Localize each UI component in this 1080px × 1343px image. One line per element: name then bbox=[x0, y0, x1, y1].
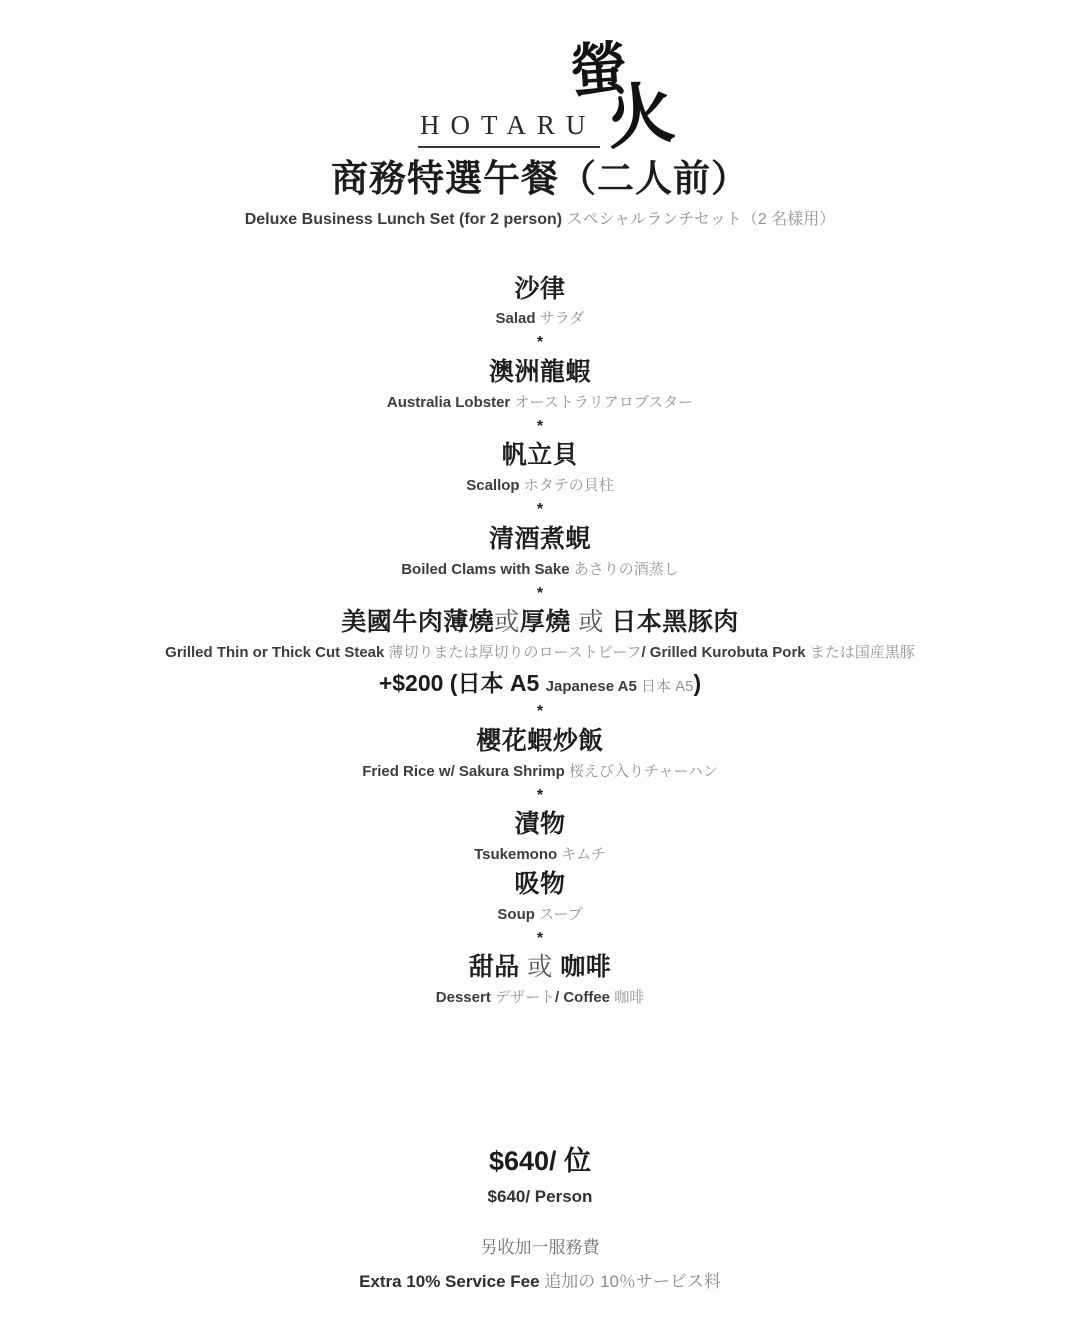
course-separator: * bbox=[0, 418, 1080, 436]
text-segment: Boiled Clams with Sake bbox=[401, 561, 574, 578]
text-segment: 沙律 bbox=[514, 275, 565, 303]
course-separator: * bbox=[0, 501, 1080, 519]
course-subtitle: Grilled Thin or Thick Cut Steak 薄切りまたは厚切… bbox=[0, 644, 1080, 662]
text-segment: 美國牛肉薄燒 bbox=[341, 608, 494, 636]
course-name: 吸物 bbox=[0, 870, 1080, 899]
text-segment: Japanese A5 bbox=[546, 678, 641, 695]
text-segment: 追加の 10％サービス料 bbox=[544, 1272, 721, 1291]
text-segment: 或 bbox=[494, 608, 520, 636]
text-segment: 櫻花蝦炒飯 bbox=[476, 727, 604, 755]
course-subtitle: Soup スープ bbox=[0, 906, 1080, 924]
text-segment: 日本黑豚肉 bbox=[611, 608, 739, 636]
service-fee-note: 另收加一服務費 Extra 10% Service Fee 追加の 10％サービ… bbox=[0, 1233, 1080, 1292]
text-segment: Deluxe Business Lunch Set (for 2 person) bbox=[245, 211, 567, 228]
course-name: 帆立貝 bbox=[0, 441, 1080, 470]
course-subtitle: Salad サラダ bbox=[0, 310, 1080, 328]
logo-calligraphy-bottom-character: 火 bbox=[602, 78, 678, 154]
price-main: $640/ 位 bbox=[0, 1139, 1080, 1178]
text-segment: オーストラリアロブスター bbox=[514, 394, 693, 411]
text-segment: 桜えび入りチャーハン bbox=[569, 763, 718, 780]
menu-page: HOTARU 螢 火 商務特選午餐（二人前） Deluxe Business L… bbox=[0, 0, 1080, 1292]
text-segment: +$200 (日本 A5 bbox=[379, 670, 546, 696]
text-segment: 日本 A5 bbox=[641, 678, 694, 695]
course-item: 美國牛肉薄燒或厚燒 或 日本黑豚肉Grilled Thin or Thick C… bbox=[0, 608, 1080, 697]
text-segment: Soup bbox=[497, 906, 539, 923]
course-separator: * bbox=[0, 703, 1080, 721]
course-subtitle: Fried Rice w/ Sakura Shrimp 桜えび入りチャーハン bbox=[0, 763, 1080, 781]
course-item: 櫻花蝦炒飯Fried Rice w/ Sakura Shrimp 桜えび入りチャ… bbox=[0, 727, 1080, 781]
text-segment: 薄切りまたは厚切りのローストビーフ bbox=[389, 644, 642, 661]
course-name: 美國牛肉薄燒或厚燒 或 日本黑豚肉 bbox=[0, 608, 1080, 637]
text-segment: 清酒煮蜆 bbox=[489, 525, 591, 553]
restaurant-logo: HOTARU 螢 火 bbox=[400, 38, 680, 156]
service-fee-note-zh: 另收加一服務費 bbox=[0, 1233, 1080, 1258]
text-segment: サラダ bbox=[540, 310, 585, 327]
text-segment: Fried Rice w/ Sakura Shrimp bbox=[362, 763, 569, 780]
course-name: 漬物 bbox=[0, 810, 1080, 839]
text-segment: 漬物 bbox=[514, 810, 565, 838]
text-segment: / Grilled Kurobuta Pork bbox=[641, 644, 809, 661]
course-separator: * bbox=[0, 930, 1080, 948]
course-name: 清酒煮蜆 bbox=[0, 525, 1080, 554]
text-segment: 甜品 bbox=[469, 953, 520, 981]
text-segment: Grilled Thin or Thick Cut Steak bbox=[165, 644, 388, 661]
text-segment: ) bbox=[694, 670, 702, 696]
text-segment: Australia Lobster bbox=[387, 394, 515, 411]
course-item: 帆立貝Scallop ホタテの貝柱 bbox=[0, 441, 1080, 495]
text-segment: Salad bbox=[495, 310, 539, 327]
text-segment: 或 bbox=[571, 608, 611, 636]
course-subtitle: Dessert デザート/ Coffee 咖啡 bbox=[0, 989, 1080, 1007]
course-subtitle: Australia Lobster オーストラリアロブスター bbox=[0, 394, 1080, 412]
price-sub: $640/ Person bbox=[0, 1187, 1080, 1207]
course-list: 沙律Salad サラダ*澳洲龍蝦Australia Lobster オーストラリ… bbox=[0, 275, 1080, 1008]
course-name: 沙律 bbox=[0, 275, 1080, 304]
course-name: 甜品 或 咖啡 bbox=[0, 953, 1080, 982]
text-segment: 澳洲龍蝦 bbox=[489, 358, 591, 386]
text-segment: デザート bbox=[495, 989, 555, 1006]
menu-subtitle: Deluxe Business Lunch Set (for 2 person)… bbox=[0, 210, 1080, 229]
text-segment: 或 bbox=[520, 953, 560, 981]
course-name: 澳洲龍蝦 bbox=[0, 358, 1080, 387]
course-item: 漬物Tsukemono キムチ bbox=[0, 810, 1080, 864]
text-segment: ホタテの貝柱 bbox=[524, 477, 614, 494]
course-subtitle: Scallop ホタテの貝柱 bbox=[0, 477, 1080, 495]
text-segment: キムチ bbox=[561, 846, 606, 863]
course-item: 吸物Soup スープ bbox=[0, 870, 1080, 924]
text-segment: あさりの酒蒸し bbox=[574, 561, 679, 578]
text-segment: Dessert bbox=[436, 989, 495, 1006]
course-surcharge: +$200 (日本 A5 Japanese A5 日本 A5) bbox=[0, 670, 1080, 698]
text-segment: 咖啡 bbox=[614, 989, 644, 1006]
text-segment: 帆立貝 bbox=[502, 441, 579, 469]
text-segment: Scallop bbox=[466, 477, 524, 494]
text-segment: または国産黒豚 bbox=[810, 644, 915, 661]
course-item: 清酒煮蜆Boiled Clams with Sake あさりの酒蒸し bbox=[0, 525, 1080, 579]
text-segment: 厚燒 bbox=[520, 608, 571, 636]
text-segment: 咖啡 bbox=[560, 953, 611, 981]
text-segment: スペシャルランチセット（2 名樣用） bbox=[567, 211, 836, 228]
course-item: 澳洲龍蝦Australia Lobster オーストラリアロブスター bbox=[0, 358, 1080, 412]
course-item: 甜品 或 咖啡Dessert デザート/ Coffee 咖啡 bbox=[0, 953, 1080, 1007]
text-segment: スープ bbox=[539, 906, 583, 923]
menu-title: 商務特選午餐（二人前） bbox=[0, 158, 1080, 201]
course-separator: * bbox=[0, 334, 1080, 352]
text-segment: Tsukemono bbox=[474, 846, 561, 863]
text-segment: Extra 10% Service Fee bbox=[359, 1272, 544, 1291]
course-name: 櫻花蝦炒飯 bbox=[0, 727, 1080, 756]
course-subtitle: Boiled Clams with Sake あさりの酒蒸し bbox=[0, 561, 1080, 579]
text-segment: / Coffee bbox=[555, 989, 614, 1006]
service-fee-note-en-ja: Extra 10% Service Fee 追加の 10％サービス料 bbox=[0, 1267, 1080, 1292]
price-block: $640/ 位 $640/ Person bbox=[0, 1139, 1080, 1207]
course-separator: * bbox=[0, 585, 1080, 603]
course-subtitle: Tsukemono キムチ bbox=[0, 846, 1080, 864]
course-separator: * bbox=[0, 787, 1080, 805]
course-item: 沙律Salad サラダ bbox=[0, 275, 1080, 329]
text-segment: 吸物 bbox=[514, 870, 565, 898]
logo-wordmark: HOTARU bbox=[418, 110, 600, 148]
